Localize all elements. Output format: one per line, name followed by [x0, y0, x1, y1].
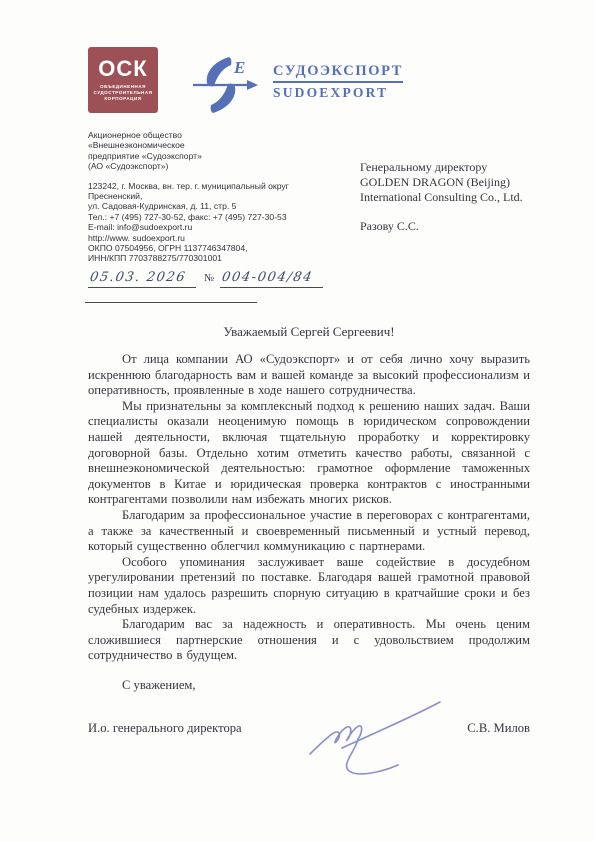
salutation: Уважаемый Сергей Сергеевич! — [88, 324, 530, 340]
paragraph: Благодарим вас за надежность и оперативн… — [88, 617, 530, 664]
sudoexport-letter-e: E — [233, 58, 245, 77]
sender-inn-kpp-line: ИНН/КПП 7703788275/770301001 — [88, 253, 368, 263]
sender-requisites: Акционерное общество «Внешнеэкономическо… — [88, 130, 368, 264]
sender-address-line: ул. Садовая-Кудринская, д. 11, стр. 5 — [88, 201, 368, 211]
sender-name-line: предприятие «Судоэкспорт» — [88, 151, 368, 161]
osk-logo: ОСК ОБЪЕДИНЕННАЯ СУДОСТРОИТЕЛЬНАЯ КОРПОР… — [88, 47, 158, 113]
sudoexport-logo-icon: E — [193, 56, 265, 114]
sender-contacts: 123242, г. Москва, вн. тер. г. муниципал… — [88, 181, 368, 264]
sender-name-line: (АО «Судоэкспорт») — [88, 161, 368, 171]
recipient-title: Генеральному директору — [360, 160, 570, 175]
osk-acronym: ОСК — [98, 58, 147, 80]
closing-phrase: С уважением, — [88, 678, 530, 693]
reference-line: 05.03. 2026№004-004/84 — [88, 268, 323, 288]
number-sign: № — [204, 273, 214, 284]
sender-name-line: Акционерное общество — [88, 130, 368, 140]
sudoexport-logo: E СУДОЭКСПОРТ SUDOEXPORT — [193, 56, 403, 114]
paragraph: От лица компании АО «Судоэкспорт» и от с… — [88, 352, 530, 399]
osk-subtitle: ОБЪЕДИНЕННАЯ СУДОСТРОИТЕЛЬНАЯ КОРПОРАЦИЯ — [94, 84, 153, 101]
sender-address-line: 123242, г. Москва, вн. тер. г. муниципал… — [88, 181, 368, 191]
sudoexport-name-ru: СУДОЭКСПОРТ — [273, 63, 403, 83]
paragraph: Особого упоминания заслуживает ваше соде… — [88, 555, 530, 617]
recipient-block: Генеральному директору GOLDEN DRAGON (Be… — [360, 160, 570, 234]
sender-phone-line: Тел.: +7 (495) 727-30-52, факс: +7 (495)… — [88, 212, 368, 222]
signer-name: С.В. Милов — [467, 721, 530, 736]
sudoexport-wordmark: СУДОЭКСПОРТ SUDOEXPORT — [273, 63, 403, 100]
sender-okpo-ogrn-line: ОКПО 07504956, ОГРН 1137746347804, — [88, 243, 368, 253]
reference-rule — [85, 302, 257, 303]
paragraph: Мы признательны за комплексный подход к … — [88, 399, 530, 508]
paragraph: Благодарим за профессиональное участие в… — [88, 508, 530, 555]
osk-subtitle-line3: КОРПОРАЦИЯ — [94, 96, 153, 102]
handwritten-number: 004-004/84 — [221, 270, 315, 285]
recipient-person: Разову С.С. — [360, 219, 570, 234]
outgoing-number-field: 004-004/84 — [220, 268, 323, 288]
sudoexport-name-en: SUDOEXPORT — [273, 85, 403, 100]
recipient-company-line1: GOLDEN DRAGON (Beijing) — [360, 175, 570, 190]
signer-title: И.о. генерального директора — [88, 721, 242, 736]
handwritten-date: 05.03. 2026 — [89, 270, 188, 285]
signature-row: И.о. генерального директора С.В. Милов — [88, 721, 530, 736]
sender-website-line: http://www. sudoexport.ru — [88, 233, 368, 243]
sender-email-line: E-mail: info@sudoexport.ru — [88, 222, 368, 232]
sender-address-line: Пресненский, — [88, 191, 368, 201]
date-field: 05.03. 2026 — [88, 268, 196, 288]
letter-body: Уважаемый Сергей Сергеевич! От лица комп… — [88, 324, 530, 736]
letter-page: ОСК ОБЪЕДИНЕННАЯ СУДОСТРОИТЕЛЬНАЯ КОРПОР… — [0, 0, 595, 841]
recipient-company-line2: International Consulting Co., Ltd. — [360, 190, 570, 205]
sender-name-line: «Внешнеэкономическое — [88, 140, 368, 150]
